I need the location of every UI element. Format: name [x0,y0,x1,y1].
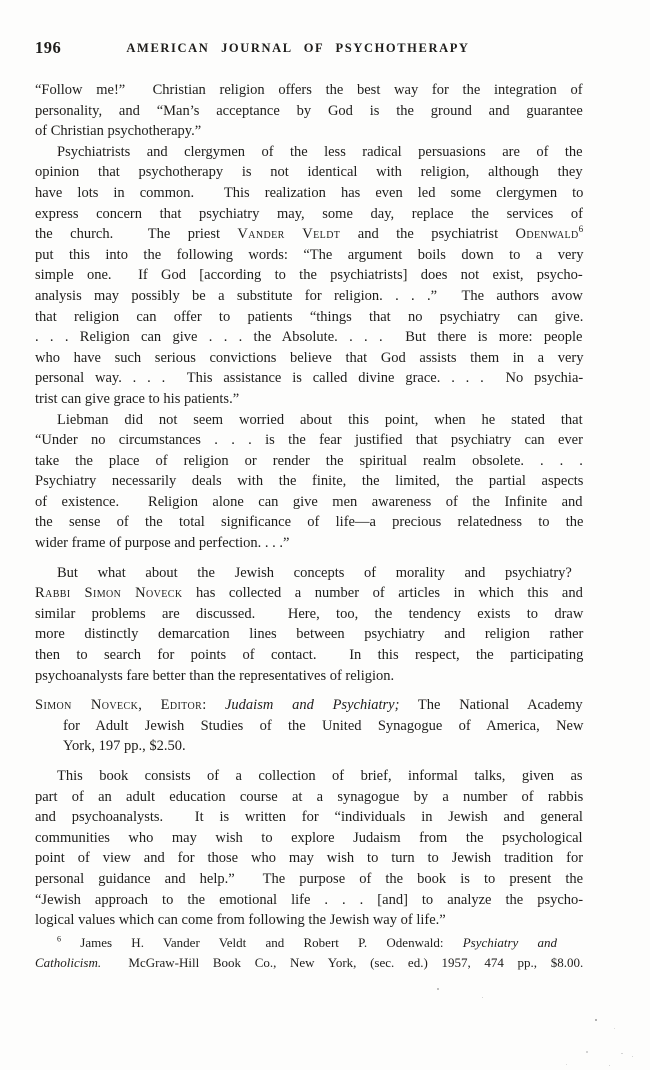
scan-speckle [437,988,439,990]
paragraph-psychiatrists-clergymen: Psychiatrists and clergymen of the less … [35,142,583,410]
paragraph-book-description: This book consists of a collection of br… [35,766,583,931]
page-body: “Follow me!” Christian religion offers t… [35,80,583,974]
paragraph-follow-me: “Follow me!” Christian religion offers t… [35,80,583,142]
book-citation-noveck: Simon Noveck, Editor: Judaism and Psychi… [35,695,583,757]
paragraph-jewish-concepts: But what about the Jewish concepts of mo… [35,563,583,687]
scanned-journal-page: 196 AMERICAN JOURNAL OF PSYCHOTHERAPY “F… [0,0,650,1070]
scan-speckle [614,1028,615,1029]
scan-speckle [609,1065,610,1066]
page-header: 196 AMERICAN JOURNAL OF PSYCHOTHERAPY [35,38,583,60]
scan-speckle [595,1019,597,1021]
paragraph-liebman: Liebman did not seem worried about this … [35,410,583,554]
scan-speckle [529,119,530,120]
scan-speckle [566,1064,567,1065]
scan-speckle [632,1056,633,1057]
scan-speckle [621,1053,623,1054]
scan-speckle [482,997,483,998]
footnote-vander-veldt: 6 James H. Vander Veldt and Robert P. Od… [35,933,583,974]
journal-title: AMERICAN JOURNAL OF PSYCHOTHERAPY [35,41,561,56]
scan-speckle [586,1051,588,1053]
